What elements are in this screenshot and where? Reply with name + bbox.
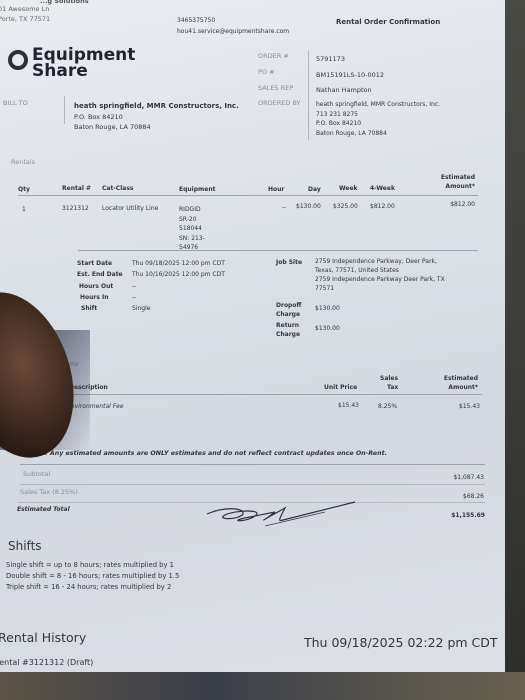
logo-line-2: Share: [32, 63, 135, 79]
company-email: hou41.service@equipmentshare.com: [177, 28, 289, 35]
table-header-rule: [18, 195, 478, 196]
equipment-line: 518044: [179, 224, 205, 234]
quote-rule: [20, 464, 485, 465]
rental-history-title: Rental History: [0, 630, 86, 645]
col-day: Day: [308, 186, 321, 193]
col-amount: Amount*: [420, 183, 475, 190]
hours-out-label: Hours Out: [79, 283, 113, 290]
jobsite-label: Job Site: [276, 259, 302, 266]
return-charge-value: $130.00: [315, 325, 340, 332]
equipment-line: SN: 213-: [179, 234, 205, 244]
col-estimated: Estimated: [420, 174, 475, 181]
shift-rule-single: Single shift = up to 8 hours; rates mult…: [6, 560, 179, 571]
jobsite-line: Texas, 77571, United States: [315, 266, 445, 275]
order-number-label: ORDER #: [258, 52, 289, 60]
misc-unit-price: $15.43: [338, 402, 359, 409]
rental-cat-class: Locator Utility Line: [102, 205, 158, 212]
col-rental-no: Rental #: [62, 185, 91, 192]
row-rule: [78, 250, 478, 251]
end-date-label: Est. End Date: [77, 271, 123, 278]
ordered-by-line: heath springfield, MMR Constructors, Inc…: [316, 100, 440, 110]
jobsite-value: 2759 Independence Parkway, Deer Park, Te…: [315, 257, 445, 293]
rental-day: $130.00: [296, 203, 321, 210]
document-title: Rental Order Confirmation: [336, 18, 440, 26]
misc-col-unit-price: Unit Price: [324, 384, 357, 391]
col-qty: Qty: [18, 186, 30, 193]
shift-value: Single: [132, 305, 150, 312]
jobsite-line: 77571: [315, 284, 445, 293]
sales-rep-label: SALES REP: [258, 84, 293, 92]
end-date-value: Thu 10/16/2025 12:00 pm CDT: [132, 271, 225, 278]
sales-tax-value: $68.26: [420, 493, 484, 500]
col-4week: 4-Week: [370, 185, 395, 192]
background-floor: [0, 672, 525, 700]
rental-hour: --: [282, 204, 286, 211]
hours-in-value: --: [132, 294, 136, 301]
ordered-by-line: Baton Rouge, LA 70884: [316, 129, 440, 139]
bill-to-name: heath springfield, MMR Constructors, Inc…: [74, 102, 239, 110]
ordered-by-line: 713 231 8275: [316, 110, 440, 120]
dropoff-charge-value: $130.00: [315, 305, 340, 312]
quote-note: *Note: Any estimated amounts are ONLY es…: [25, 450, 387, 457]
history-entry[interactable]: Rental #3121312 (Draft): [0, 658, 93, 667]
equipmentshare-logo-icon: [8, 50, 28, 70]
dropoff-charge-label: Dropoff Charge: [276, 301, 301, 319]
divider: [308, 50, 309, 140]
equipment-line: SR-20: [179, 215, 205, 225]
label-line: Return: [276, 321, 300, 330]
po-value: BM15191LS-10-0012: [316, 71, 384, 79]
divider: [64, 96, 65, 124]
equipment-line: 54976: [179, 243, 205, 253]
bill-to-line3: Baton Rouge, LA 70884: [74, 123, 151, 131]
sales-tax-label: Sales Tax (8.25%): [20, 488, 78, 496]
shifts-title: Shifts: [8, 539, 42, 553]
rentals-section-label: Rentals: [11, 158, 35, 166]
misc-col-tax: Tax: [387, 384, 398, 391]
shift-rule-double: Double shift = 8 - 16 hours; rates multi…: [6, 571, 179, 582]
label-line: Charge: [276, 330, 300, 339]
shift-label: Shift: [81, 305, 97, 312]
company-logo-text: Equipment Share: [32, 47, 135, 79]
shifts-list: Single shift = up to 8 hours; rates mult…: [6, 560, 179, 593]
rental-number: 3121312: [62, 205, 89, 212]
ordered-by-value: heath springfield, MMR Constructors, Inc…: [316, 100, 440, 138]
misc-col-sales: Sales: [380, 375, 398, 382]
label-line: Charge: [276, 310, 301, 319]
col-hour: Hour: [268, 186, 284, 193]
hours-in-label: Hours In: [80, 294, 109, 301]
shift-rule-triple: Triple shift = 16 - 24 hours; rates mult…: [6, 582, 179, 593]
subtotal-label: Subtotal: [23, 470, 50, 478]
bill-to-line2: P.O. Box 84210: [74, 113, 123, 121]
misc-header-rule: [34, 394, 482, 395]
col-week: Week: [339, 185, 358, 192]
rental-qty: 1: [22, 206, 26, 213]
subtotal-rule: [20, 484, 485, 485]
rental-4week: $812.00: [370, 203, 395, 210]
col-cat-class: Cat-Class: [102, 185, 133, 192]
estimated-total-label: Estimated Total: [17, 506, 70, 513]
company-address-2: Porte, TX 77571: [0, 15, 50, 23]
start-date-label: Start Date: [77, 260, 112, 267]
misc-col-amount: Amount*: [420, 384, 478, 391]
jobsite-line: 2759 Independence Parkway, Deer Park,: [315, 257, 445, 266]
misc-col-estimated: Estimated: [420, 375, 478, 382]
ordered-by-label: ORDERED BY: [258, 99, 301, 107]
start-date-value: Thu 09/18/2025 12:00 pm CDT: [132, 260, 225, 267]
subtotal-value: $1,087.43: [420, 474, 484, 481]
order-number-value: 5791173: [316, 55, 345, 63]
signature-icon: [205, 500, 365, 535]
company-address-1: 01 Awesome Ln: [0, 5, 49, 13]
misc-amount: $15.43: [420, 403, 480, 410]
misc-tax: 8.25%: [378, 403, 397, 410]
label-line: Dropoff: [276, 301, 301, 310]
estimated-total-value: $1,155.69: [420, 512, 485, 519]
col-equipment: Equipment: [179, 186, 215, 193]
return-charge-label: Return Charge: [276, 321, 300, 339]
history-timestamp: Thu 09/18/2025 02:22 pm CDT: [304, 635, 498, 650]
hours-out-value: --: [132, 283, 136, 290]
equipment-line: RIDGID: [179, 205, 205, 215]
po-label: PO #: [258, 68, 275, 76]
rental-equipment: RIDGID SR-20 518044 SN: 213- 54976: [179, 205, 205, 253]
rental-amount: $812.00: [420, 201, 475, 208]
sales-rep-value: Nathan Hampton: [316, 86, 372, 94]
rental-week: $325.00: [333, 203, 358, 210]
ordered-by-line: P.O. Box 84210: [316, 119, 440, 129]
company-phone: 3465375750: [177, 17, 215, 24]
bill-to-label: BILL TO: [3, 99, 28, 107]
jobsite-line: 2759 Independence Parkway Deer Park, TX: [315, 275, 445, 284]
